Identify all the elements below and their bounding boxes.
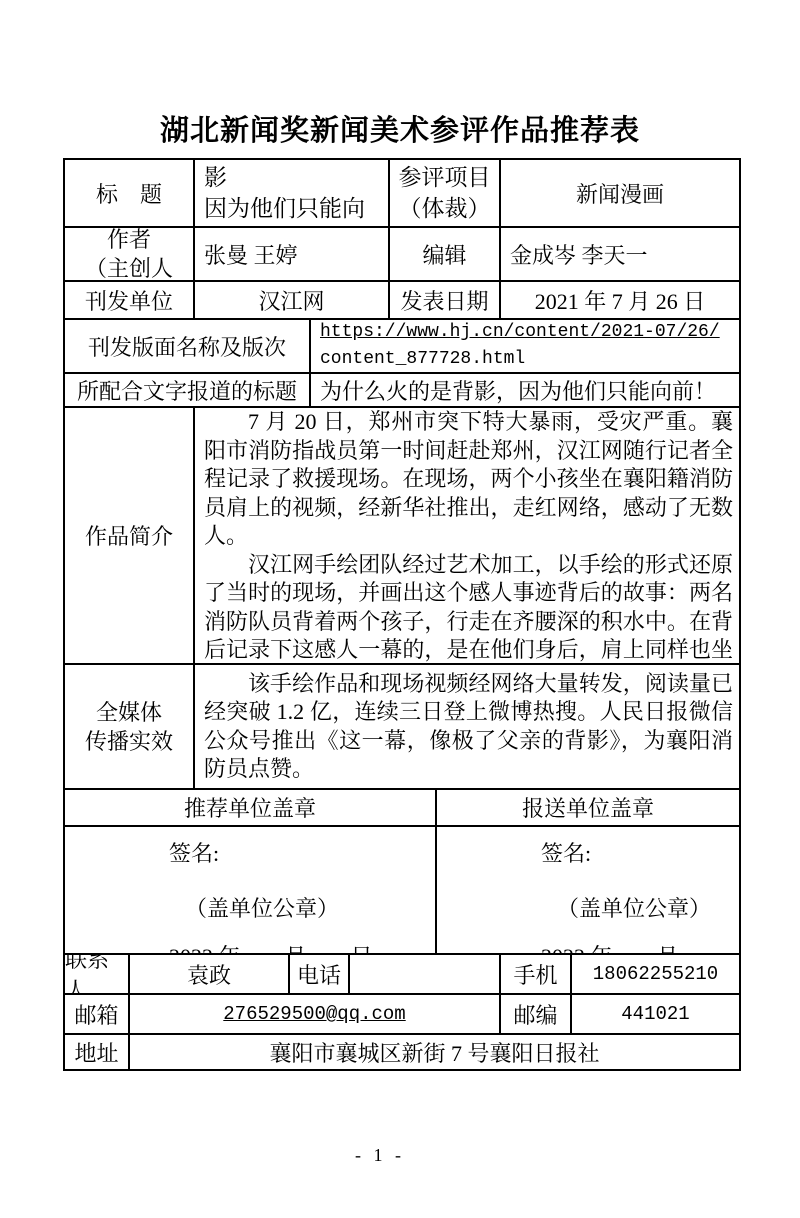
email-value-cell: 276529500@qq.com: [130, 995, 501, 1033]
mobile-value: 18062255210: [572, 955, 739, 993]
submit-sign-label: 签名:: [541, 837, 591, 868]
category-label-line1: 参评项目: [399, 162, 491, 193]
effect-label-line2: 传播实效: [85, 727, 173, 756]
mobile-label: 手机: [501, 955, 572, 993]
publisher-value: 汉江网: [195, 282, 390, 318]
submit-date-blank: 2022 年 月 日: [541, 940, 739, 953]
recommend-stamp-title: 推荐单位盖章: [65, 790, 437, 825]
effect-label: 全媒体 传播实效: [65, 665, 195, 788]
author-label-line2: （主创人: [85, 254, 173, 280]
submit-stamp-title: 报送单位盖章: [437, 790, 739, 825]
row-address: 地址 襄阳市襄城区新街 7 号襄阳日报社: [65, 1035, 739, 1069]
contact-value: 袁政: [130, 955, 290, 993]
author-label: 作者 （主创人: [65, 228, 195, 280]
article-url: https://www.hj.cn/content/2021-07/26/ co…: [311, 320, 739, 372]
intro-paragraph-1: 7 月 20 日，郑州市突下特大暴雨，受灾严重。襄阳市消防指战员第一时间赶赴郑州…: [204, 408, 733, 551]
pub-date-label: 发表日期: [390, 282, 501, 318]
category-label: 参评项目 （体裁）: [390, 160, 501, 226]
submit-stamp-block: 签名: （盖单位公章） 2022 年 月 日: [437, 827, 739, 953]
zip-value: 441021: [572, 995, 739, 1033]
intro-text: 7 月 20 日，郑州市突下特大暴雨，受灾严重。襄阳市消防指战员第一时间赶赴郑州…: [195, 408, 739, 663]
report-title-label: 所配合文字报道的标题: [65, 374, 311, 406]
recommendation-form-table: 标 题 为什么火的是背影 因为他们只能向前 参评项目 （体裁） 新闻漫画 作者 …: [63, 158, 741, 1071]
pub-date-value: 2021 年 7 月 26 日: [501, 282, 739, 318]
row-contact: 联系人 袁政 电话 手机 18062255210: [65, 955, 739, 995]
page-title: 湖北新闻奖新闻美术参评作品推荐表: [0, 108, 800, 149]
page-number: - 1 -: [0, 1145, 760, 1166]
effect-label-line1: 全媒体: [96, 698, 162, 727]
recommend-sign-label: 签名:: [169, 837, 219, 868]
email-label: 邮箱: [65, 995, 130, 1033]
row-report-title: 所配合文字报道的标题 为什么火的是背影，因为他们只能向前！: [65, 374, 739, 408]
row-intro: 作品简介 7 月 20 日，郑州市突下特大暴雨，受灾严重。襄阳市消防指战员第一时…: [65, 408, 739, 665]
recommend-date-blank: 2022 年 月 日: [169, 940, 373, 953]
row-title: 标 题 为什么火的是背影 因为他们只能向前 参评项目 （体裁） 新闻漫画: [65, 160, 739, 228]
editor-label: 编辑: [390, 228, 501, 280]
row-author: 作者 （主创人 张曼 王婷 编辑 金成岑 李天一: [65, 228, 739, 282]
effect-paragraph: 该手绘作品和现场视频经网络大量转发，阅读量已经突破 1.2 亿，连续三日登上微博…: [204, 670, 733, 784]
address-label: 地址: [65, 1035, 130, 1069]
title-value-line2: 因为他们只能向前: [204, 193, 382, 226]
intro-paragraph-2: 汉江网手绘团队经过艺术加工，以手绘的形式还原了当时的现场，并画出这个感人事迹背后…: [204, 551, 733, 664]
email-value: 276529500@qq.com: [223, 1003, 405, 1025]
intro-label: 作品简介: [65, 408, 195, 663]
row-page-name: 刊发版面名称及版次 https://www.hj.cn/content/2021…: [65, 320, 739, 374]
category-label-line2: （体裁）: [399, 193, 491, 224]
recommend-seal-note: （盖单位公章）: [169, 892, 339, 923]
row-stamp-sign: 签名: （盖单位公章） 2022 年 月 日 签名: （盖单位公章） 2022 …: [65, 827, 739, 955]
page-name-label: 刊发版面名称及版次: [65, 320, 311, 372]
article-url-line2: content_877728.html: [320, 346, 525, 372]
author-label-line1: 作者: [107, 228, 151, 254]
address-value: 襄阳市襄城区新街 7 号襄阳日报社: [130, 1035, 739, 1069]
title-label: 标 题: [65, 160, 195, 226]
article-url-line1: https://www.hj.cn/content/2021-07/26/: [320, 320, 720, 346]
submit-seal-note: （盖单位公章）: [541, 892, 711, 923]
report-title-value: 为什么火的是背影，因为他们只能向前！: [311, 374, 739, 406]
row-email: 邮箱 276529500@qq.com 邮编 441021: [65, 995, 739, 1035]
category-value: 新闻漫画: [501, 160, 739, 226]
publisher-label: 刊发单位: [65, 282, 195, 318]
author-value: 张曼 王婷: [195, 228, 390, 280]
contact-label: 联系人: [65, 955, 130, 993]
title-value: 为什么火的是背影 因为他们只能向前: [195, 160, 390, 226]
phone-label: 电话: [290, 955, 350, 993]
editor-value: 金成岑 李天一: [501, 228, 739, 280]
row-stamp-header: 推荐单位盖章 报送单位盖章: [65, 790, 739, 827]
zip-label: 邮编: [501, 995, 572, 1033]
title-value-line1: 为什么火的是背影: [204, 160, 382, 193]
row-effect: 全媒体 传播实效 该手绘作品和现场视频经网络大量转发，阅读量已经突破 1.2 亿…: [65, 665, 739, 790]
row-publisher: 刊发单位 汉江网 发表日期 2021 年 7 月 26 日: [65, 282, 739, 320]
effect-text-cell: 该手绘作品和现场视频经网络大量转发，阅读量已经突破 1.2 亿，连续三日登上微博…: [195, 665, 739, 788]
phone-value: [350, 955, 501, 993]
recommend-stamp-block: 签名: （盖单位公章） 2022 年 月 日: [65, 827, 437, 953]
